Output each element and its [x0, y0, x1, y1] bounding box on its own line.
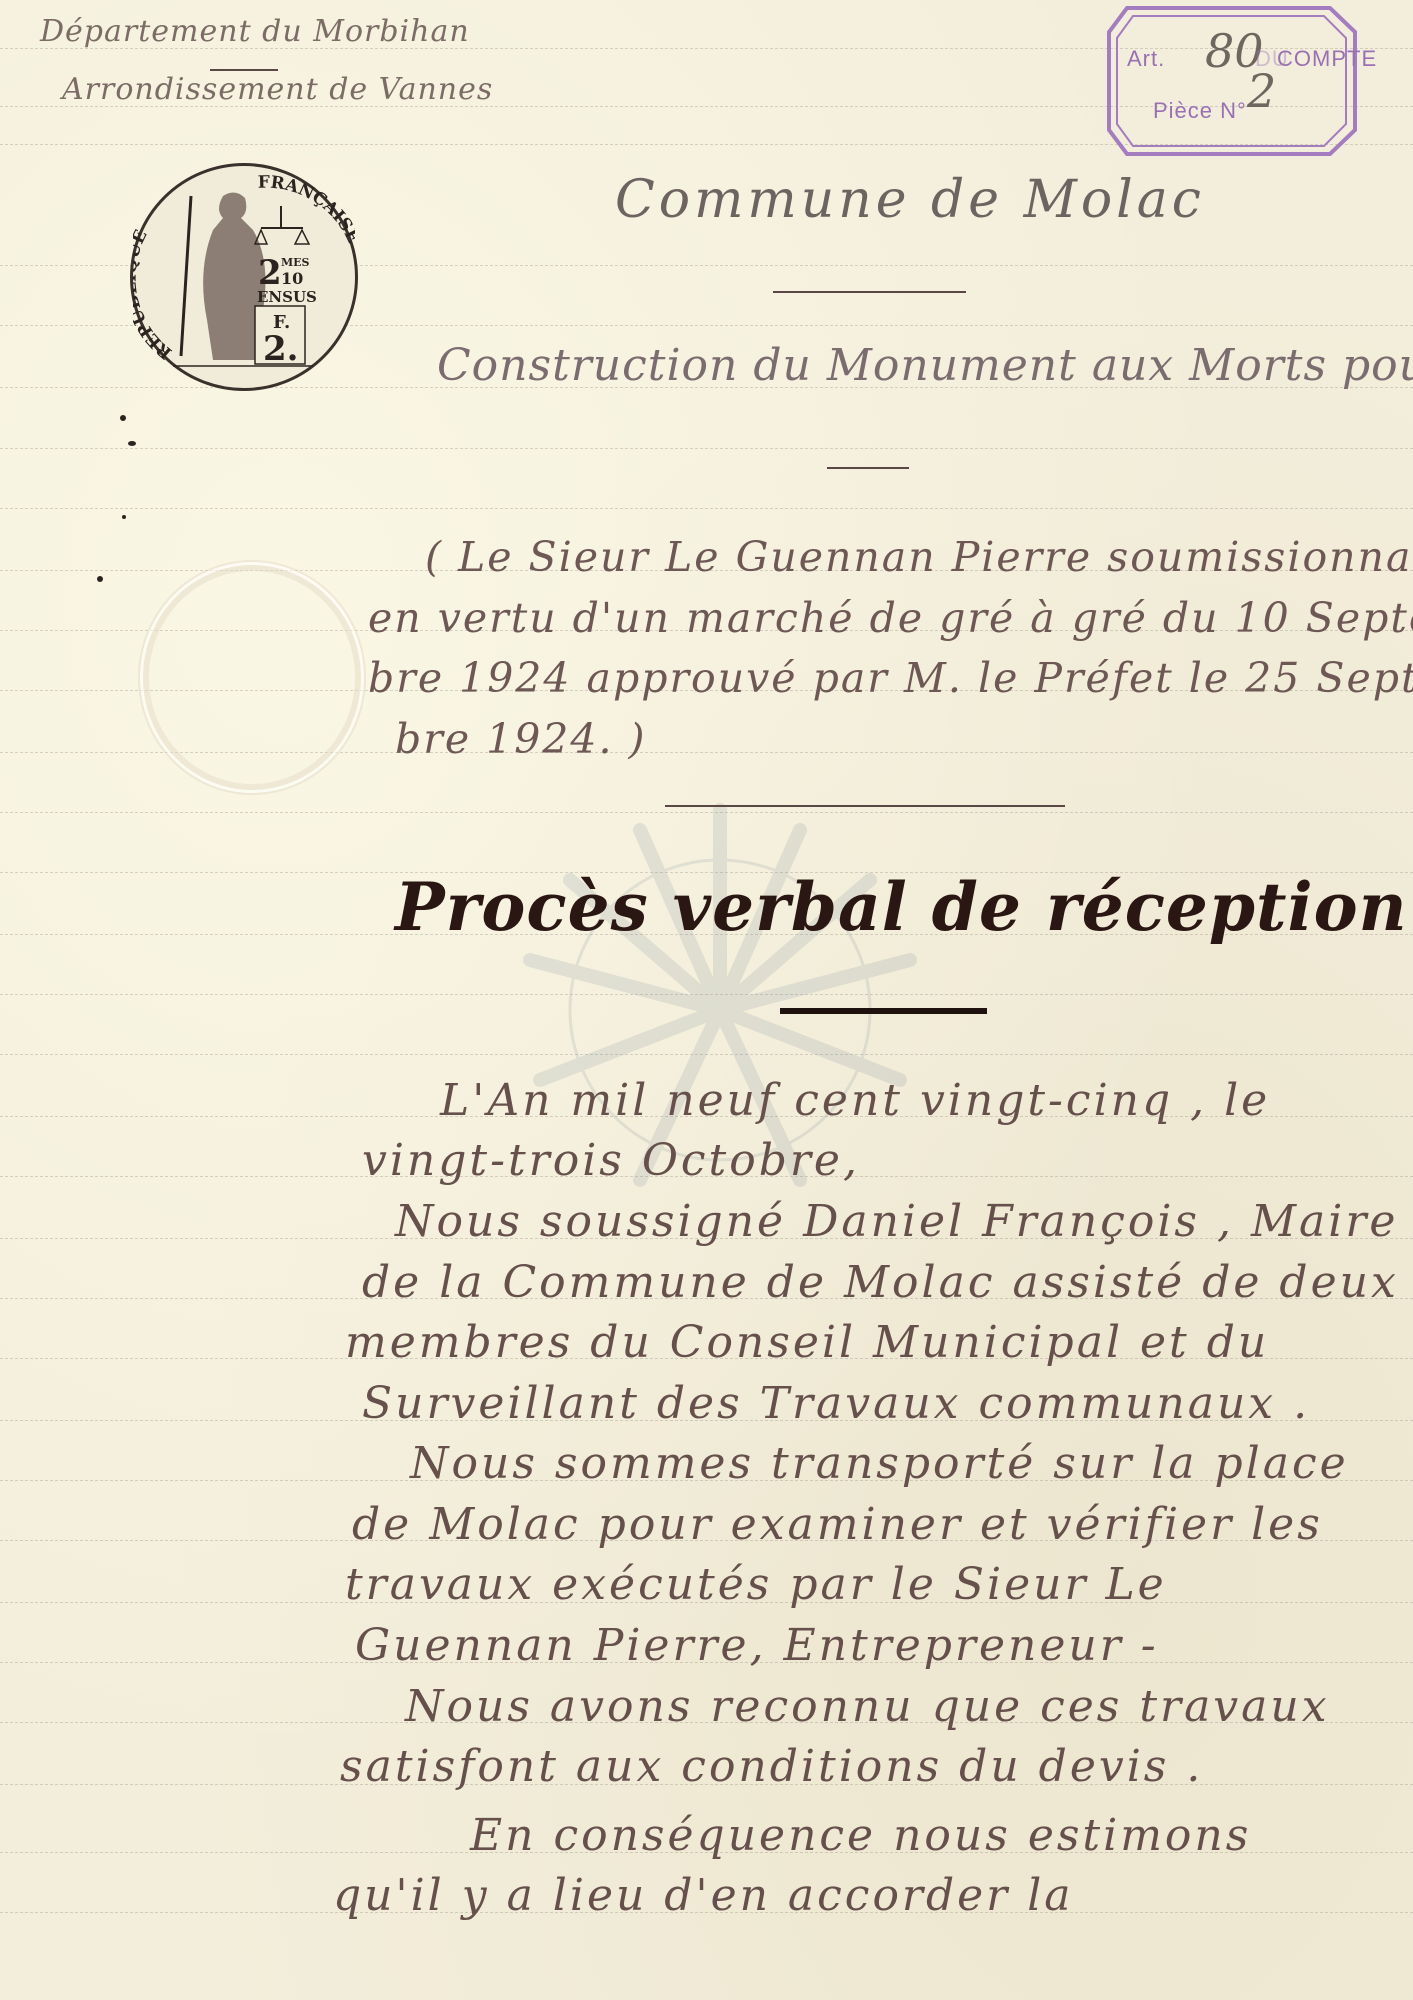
marche-line: en vertu d'un marché de gré à gré du 10 … [368, 594, 1413, 642]
svg-text:2.: 2. [263, 329, 299, 369]
binding-hole-mark [122, 515, 126, 519]
body-line: L'An mil neuf cent vingt-cinq , le [440, 1075, 1270, 1126]
body-line: Nous soussigné Daniel François , Maire [395, 1196, 1398, 1247]
body-line: satisfont aux conditions du devis . [340, 1741, 1203, 1792]
body-line: travaux exécutés par le Sieur Le [345, 1559, 1167, 1610]
piece-label: Pièce N° [1153, 98, 1247, 124]
body-line: de Molac pour examiner et vérifier les [352, 1499, 1323, 1550]
department-heading: Département du Morbihan [40, 14, 470, 49]
ruled-line [0, 448, 1413, 449]
header-divider [210, 69, 278, 71]
body-line: qu'il y a lieu d'en accorder la [333, 1870, 1074, 1921]
marche-line: ( Le Sieur Le Guennan Pierre soumissionn… [425, 533, 1413, 581]
svg-text:ENSUS: ENSUS [257, 288, 317, 306]
embossed-seal [140, 562, 364, 793]
piece-number: 2 [1247, 64, 1276, 118]
marche-divider [665, 805, 1065, 807]
subject-heading: Construction du Monument aux Morts pour … [437, 340, 1413, 391]
binding-hole-mark [128, 441, 136, 446]
body-line: de la Commune de Molac assisté de deux [362, 1257, 1399, 1308]
marche-line: bre 1924. ) [395, 715, 647, 763]
body-line: En conséquence nous estimons [470, 1810, 1251, 1861]
subject-divider [827, 467, 909, 469]
body-line: vingt-trois Octobre, [362, 1135, 860, 1186]
marche-line: bre 1924 approuvé par M. le Préfet le 25… [368, 654, 1413, 702]
binding-hole-mark [120, 415, 126, 421]
body-line: Nous avons reconnu que ces travaux [405, 1681, 1330, 1732]
fiscal-stamp: REPUBLIQUE FRANÇAISE 2 MES 10 ENSUS F. 2… [130, 163, 358, 391]
body-line: Guennan Pierre, Entrepreneur - [355, 1620, 1159, 1671]
ruled-line [0, 508, 1413, 509]
title-underline [780, 1008, 987, 1014]
art-label: Art. [1127, 46, 1165, 72]
svg-text:MES: MES [281, 256, 310, 269]
compte-stamp: Art. 80 DU COMPTE Pièce N° 2 [1105, 4, 1358, 159]
commune-heading: Commune de Molac [615, 170, 1205, 230]
document-page: Département du Morbihan Arrondissement d… [0, 0, 1413, 2000]
svg-text:10: 10 [281, 269, 303, 288]
body-line: membres du Conseil Municipal et du [345, 1317, 1269, 1368]
body-line: Surveillant des Travaux communaux . [362, 1378, 1310, 1429]
commune-divider [773, 291, 966, 293]
compte-label: COMPTE [1277, 46, 1377, 72]
arrondissement-heading: Arrondissement de Vannes [62, 72, 493, 107]
document-title: Procès verbal de réception définitive [395, 868, 1413, 946]
binding-hole-mark [97, 576, 103, 582]
body-line: Nous sommes transporté sur la place [410, 1438, 1349, 1489]
marianne-justice-figure-icon: REPUBLIQUE FRANÇAISE 2 MES 10 ENSUS F. 2… [133, 166, 355, 388]
svg-text:FRANÇAISE: FRANÇAISE [258, 173, 355, 247]
svg-text:REPUBLIQUE: REPUBLIQUE [133, 227, 176, 363]
svg-text:2: 2 [258, 253, 282, 293]
